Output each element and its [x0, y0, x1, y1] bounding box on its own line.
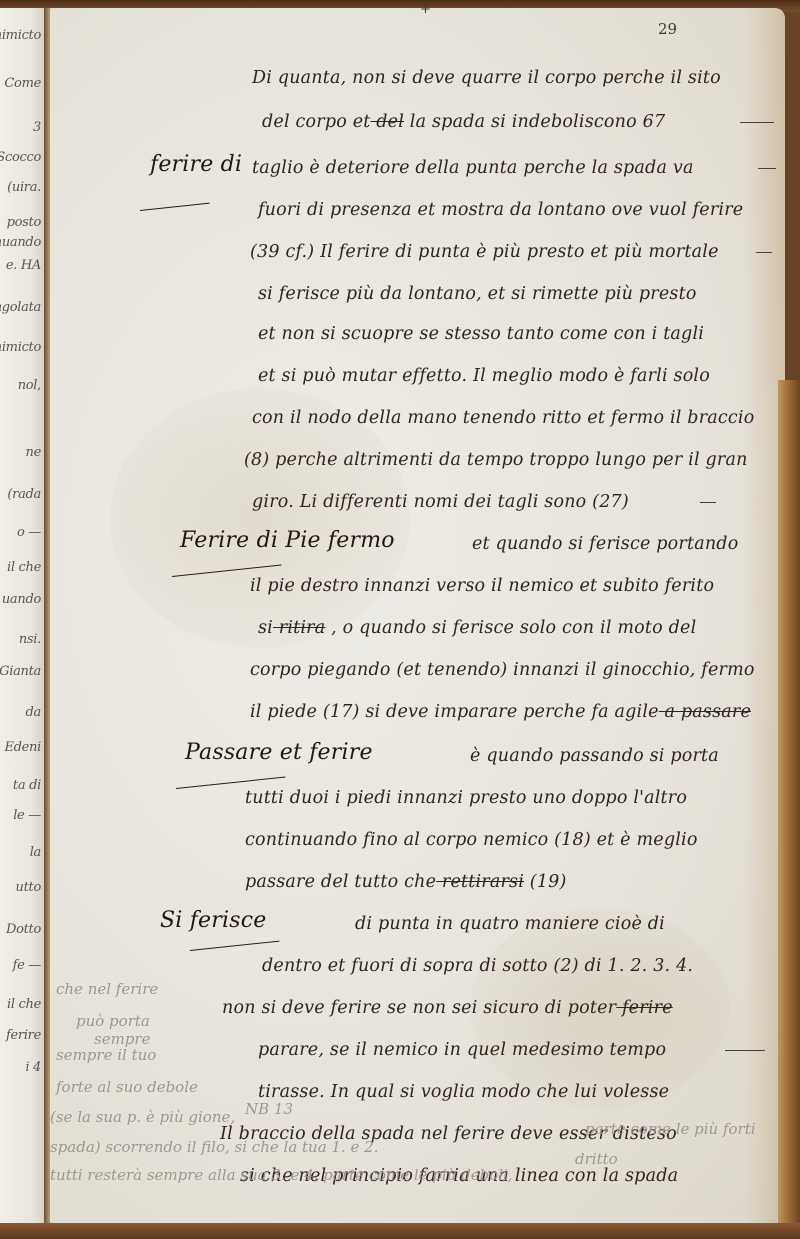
line-text: (39 cf.) Il ferire di punta è più presto…	[250, 242, 719, 262]
line-filler-dash	[756, 252, 772, 253]
struck-text: ferire	[616, 998, 672, 1018]
line-text: taglio è deteriore della punta perche la…	[252, 158, 694, 178]
line-text: (8) perche altrimenti da tempo troppo lu…	[244, 450, 748, 470]
line-text-continued: (19)	[524, 872, 567, 892]
facing-page-line: 3	[33, 120, 41, 135]
pencil-note: che nel ferire	[56, 980, 158, 998]
manuscript-line: con il nodo della mano tenendo ritto et …	[252, 408, 754, 428]
facing-page-line: (uira.	[7, 180, 41, 195]
line-text-continued: la spada si indeboliscono 67	[404, 112, 665, 132]
manuscript-line: il piede (17) si deve imparare perche fa…	[250, 702, 751, 722]
manuscript-line: et non si scuopre se stesso tanto come c…	[258, 324, 704, 344]
line-text: giro. Li differenti nomi dei tagli sono …	[252, 492, 629, 512]
facing-page-line: le —	[13, 808, 41, 823]
struck-text: a passare	[659, 702, 751, 722]
line-text: si ferisce più da lontano, et si rimette…	[258, 284, 697, 304]
line-text: fuori di presenza et mostra da lontano o…	[258, 200, 743, 220]
facing-page-line: nol,	[18, 378, 41, 393]
facing-page-line: fe —	[13, 958, 41, 973]
facing-page-line: ferire	[6, 1028, 41, 1043]
manuscript-line: parare, se il nemico in quel medesimo te…	[258, 1040, 666, 1060]
line-text: non si deve ferire se non sei sicuro di …	[222, 998, 616, 1018]
line-text: del corpo et	[262, 112, 371, 132]
line-filler-dash	[700, 502, 716, 503]
facing-page-line: ng uando	[0, 592, 41, 607]
manuscript-line: taglio è deteriore della punta perche la…	[252, 158, 694, 178]
facing-page-line: ngolata	[0, 300, 41, 315]
facing-page-line: o —	[17, 525, 41, 540]
pencil-note: NB 13	[245, 1100, 293, 1118]
facing-page-line: i 4	[25, 1060, 41, 1075]
line-text: continuando fino al corpo nemico (18) et…	[245, 830, 698, 850]
section-heading: Si ferisce	[160, 908, 266, 933]
facing-page-line: Come	[4, 76, 41, 91]
facing-page-line: ne	[26, 445, 41, 460]
manuscript-line: corpo piegando (et tenendo) innanzi il g…	[250, 660, 755, 680]
facing-page-line: ta di	[13, 778, 41, 793]
facing-page-left: inimictoCome3Scocco(uira.postocontinuand…	[0, 8, 46, 1223]
facing-page-line: e. HA	[6, 258, 41, 273]
facing-page-line: inimicto	[0, 340, 41, 355]
section-heading: ferire di	[150, 152, 242, 177]
line-text: tutti duoi i piedi innanzi presto uno do…	[245, 788, 687, 808]
manuscript-line: del corpo et del la spada si indebolisco…	[262, 112, 665, 132]
line-text: si	[258, 618, 273, 638]
line-text-continued: se stesso tanto come con i tagli	[414, 324, 704, 344]
facing-page-line: il che	[7, 997, 41, 1012]
line-filler-dash	[740, 122, 774, 123]
facing-page-line: posto	[7, 215, 41, 230]
line-text: corpo piegando (et tenendo) innanzi il g…	[250, 660, 755, 680]
pencil-note: (se la sua p. è più gione,	[50, 1108, 235, 1126]
line-text: parare, se il nemico in quel medesimo te…	[258, 1040, 666, 1060]
facing-page-line: Edeni	[4, 740, 41, 755]
pencil-note: parte come le più forti	[585, 1120, 756, 1138]
folio-number: 29	[658, 20, 677, 38]
facing-page-line: inimicto	[0, 28, 41, 43]
struck-text: del	[371, 112, 405, 132]
manuscript-line: il pie destro innanzi verso il nemico et…	[250, 576, 714, 596]
pencil-note: dritto	[575, 1150, 618, 1168]
manuscript-line: si ritira , o quando si ferisce solo con…	[258, 618, 696, 638]
manuscript-line: è quando passando si porta	[470, 746, 719, 766]
facing-page-line: (rada	[7, 487, 41, 502]
struck-text: ritira	[273, 618, 325, 638]
manuscript-line: di punta in quatro maniere cioè di	[355, 914, 665, 934]
pencil-note: tutti resterà sempre alla sua 3. e 4. pa…	[50, 1166, 513, 1184]
manuscript-line: et si può mutar effetto. Il meglio modo …	[258, 366, 710, 386]
manuscript-line: passare del tutto che rettirarsi (19)	[245, 872, 567, 892]
facing-page-line: nsi.	[19, 632, 41, 647]
book-bottom-edge	[0, 1223, 800, 1239]
facing-page-line: il che	[7, 560, 41, 575]
facing-page-line: da	[26, 705, 41, 720]
line-text: passare del tutto che	[245, 872, 436, 892]
line-filler-dash	[725, 1050, 765, 1051]
line-text: è quando passando si porta	[470, 746, 719, 766]
manuscript-line: tirasse. In qual si voglia modo che lui …	[258, 1082, 669, 1102]
line-text: dentro et fuori di sopra di sotto (2) di…	[262, 956, 693, 976]
line-text-continued: , o quando si ferisce solo con il moto d…	[325, 618, 696, 638]
line-filler-dash	[758, 168, 776, 169]
line-text: et quando si ferisce portando	[472, 534, 738, 554]
section-heading: Passare et ferire	[185, 740, 373, 765]
manuscript-line: non si deve ferire se non sei sicuro di …	[222, 998, 673, 1018]
manuscript-line: giro. Li differenti nomi dei tagli sono …	[252, 492, 629, 512]
manuscript-line: si ferisce più da lontano, et si rimette…	[258, 284, 697, 304]
section-heading: Ferire di Pie fermo	[180, 528, 395, 553]
top-cross-mark: +	[420, 2, 431, 17]
manuscript-line: et quando si ferisce portando	[472, 534, 738, 554]
facing-page-line: Dotto	[6, 922, 41, 937]
facing-page-line: Scocco	[0, 150, 41, 165]
manuscript-line: continuando fino al corpo nemico (18) et…	[245, 830, 698, 850]
pencil-note: può porta	[76, 1012, 150, 1030]
line-text: con il nodo della mano tenendo ritto et …	[252, 408, 754, 428]
manuscript-line: dentro et fuori di sopra di sotto (2) di…	[262, 956, 693, 976]
page-edge-right	[778, 380, 800, 1225]
line-text: Di quanta, non si deve quarre il corpo p…	[252, 68, 721, 88]
manuscript-line: (8) perche altrimenti da tempo troppo lu…	[244, 450, 748, 470]
manuscript-line: tutti duoi i piedi innanzi presto uno do…	[245, 788, 687, 808]
facing-page-line: la	[30, 845, 41, 860]
line-text: tirasse. In qual si voglia modo che lui …	[258, 1082, 669, 1102]
pencil-note: forte al suo debole	[56, 1078, 198, 1096]
pencil-note: sempre il tuo	[56, 1046, 156, 1064]
manuscript-line: fuori di presenza et mostra da lontano o…	[258, 200, 743, 220]
line-text: di punta in quatro maniere cioè di	[355, 914, 665, 934]
line-text: il piede (17) si deve imparare perche fa…	[250, 702, 659, 722]
struck-text: rettirarsi	[436, 872, 524, 892]
pencil-note: spada) scorrendo il filo, si che la tua …	[50, 1138, 378, 1156]
facing-page-line: Gianta	[0, 664, 41, 679]
line-text: et si può mutar effetto. Il meglio modo …	[258, 366, 710, 386]
facing-page-line: utto	[16, 880, 41, 895]
line-text: il pie destro innanzi verso il nemico et…	[250, 576, 714, 596]
manuscript-line: Di quanta, non si deve quarre il corpo p…	[252, 68, 721, 88]
line-text: et non si scuopre	[258, 324, 414, 344]
facing-page-line: continuando	[0, 235, 41, 250]
manuscript-line: (39 cf.) Il ferire di punta è più presto…	[250, 242, 719, 262]
